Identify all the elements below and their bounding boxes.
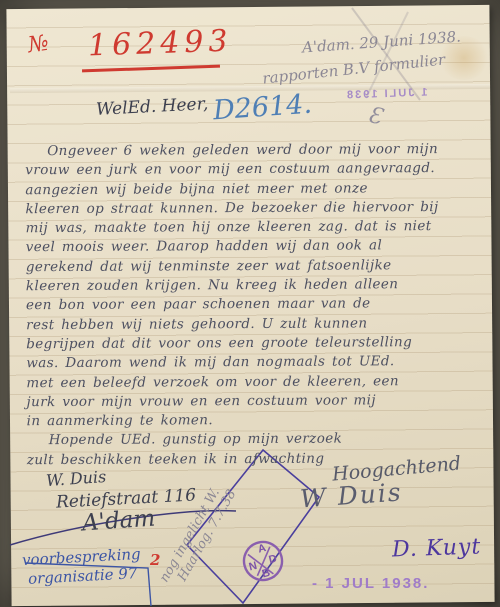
- body-line: aangezien wij beide bijna niet meer met …: [25, 178, 487, 200]
- received-date-stamp: - 1 JUL 1938.: [312, 575, 429, 592]
- body-line: kleeren zouden krijgen. Nu kreeg ik hede…: [26, 275, 488, 297]
- round-stamp-letter: D: [268, 553, 279, 567]
- letter-photograph: № 162493 A'dam. 29 Juni 1938. rapporten …: [0, 0, 500, 607]
- body-line: rest hebben wij niets gehoord. U zult ku…: [26, 313, 488, 335]
- round-stamp-letter: B: [261, 567, 272, 581]
- body-line: Ongeveer 6 weken geleden werd door mij v…: [25, 140, 487, 162]
- body-line: een bon voor een paar schoenen maar van …: [26, 294, 488, 316]
- body-line: veel moois weer. Daarop hadden wij dan o…: [26, 236, 488, 258]
- body-line: was. Daarom wend ik mij dan nogmaals tot…: [26, 352, 488, 374]
- official-signature: D. Kuyt: [392, 534, 482, 562]
- sender-city: A'dam: [81, 505, 156, 536]
- round-stamp-letter: A: [257, 542, 268, 556]
- body-line: vrouw een jurk en voor mij een costuum a…: [25, 159, 487, 181]
- body-line: mij was, maakte toen hij onze kleeren za…: [26, 217, 488, 239]
- body-line: Hopende UEd. gunstig op mijn verzoek: [27, 429, 489, 451]
- red-check-mark: 2: [150, 551, 160, 569]
- body-line: begrijpen dat dit voor ons een groote te…: [26, 333, 488, 355]
- body-line: kleeren op straat kunnen. De bezoeker di…: [25, 198, 487, 220]
- body-line: met een beleefd verzoek om voor de kleer…: [26, 371, 488, 393]
- registration-number: 162493: [87, 23, 233, 63]
- letter-body: Ongeveer 6 weken geleden werd door mij v…: [25, 140, 489, 470]
- registration-prefix: №: [26, 31, 50, 59]
- body-line: in aanmerking te komen.: [27, 410, 489, 432]
- body-line: jurk voor mijn vrouw en een costuum voor…: [26, 391, 488, 413]
- round-stamp: A N D B: [240, 538, 286, 584]
- body-line: gerekend dat wij tenminste zeer wat fats…: [26, 256, 488, 278]
